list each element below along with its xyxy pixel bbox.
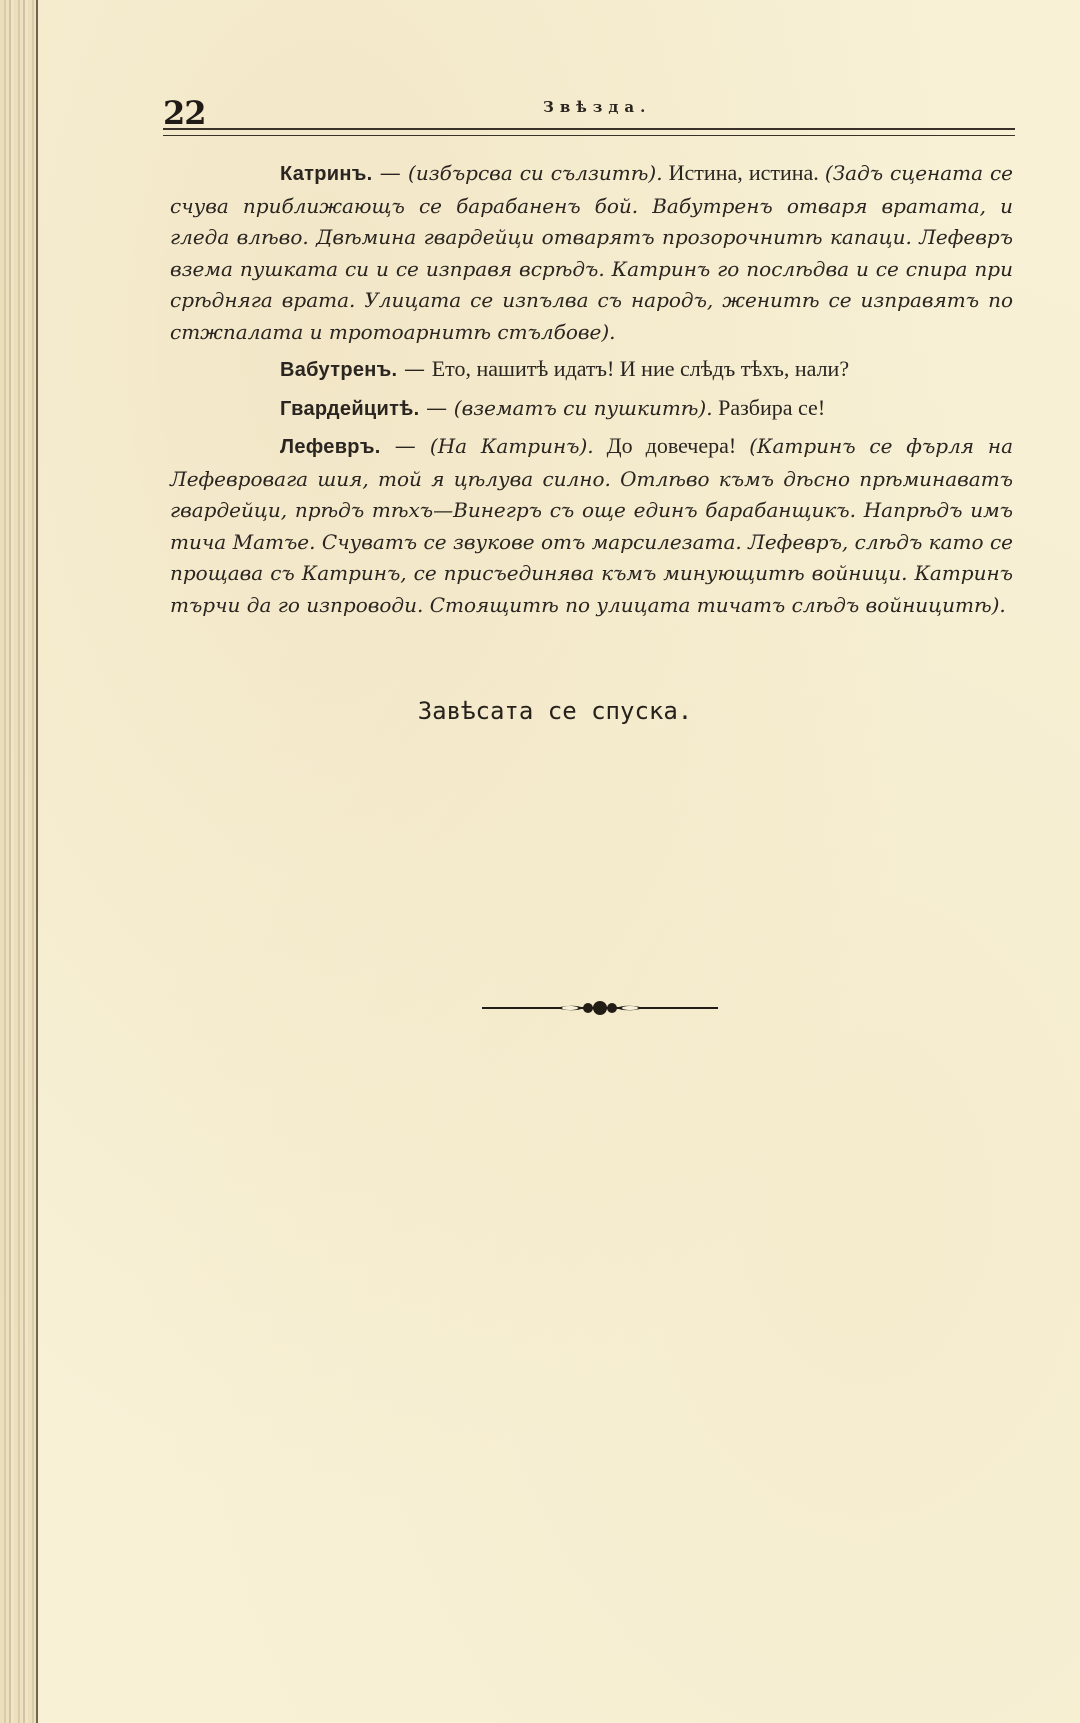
play-text: Катринъ. — (избърсва си сълзитѣ). Истина…: [170, 157, 1013, 621]
dialogue-line: До довечера!: [594, 433, 750, 458]
speaker-name: Лефевръ.: [280, 436, 381, 458]
paragraph-lefevre: Лефевръ. — (На Катринъ). До довечера! (К…: [170, 430, 1013, 621]
speaker-name: Вабутренъ.: [280, 359, 397, 381]
ornament-divider-icon: [480, 996, 720, 1020]
page-number: 22: [163, 94, 206, 132]
speaker-dash: —: [419, 396, 453, 420]
speaker-dash: —: [397, 357, 431, 381]
stage-direction: (избърсва си сълзитѣ).: [408, 161, 663, 185]
paragraph-katrin: Катринъ. — (избърсва си сълзитѣ). Истина…: [170, 157, 1013, 348]
dialogue-line: Разбира се!: [713, 395, 826, 420]
book-page-edges: [0, 0, 38, 1723]
stage-direction: (взематъ си пушкитѣ).: [454, 396, 713, 420]
dialogue-line: Ето, нашитѣ идатъ! И ние слѣдъ тѣхъ, нал…: [432, 356, 849, 381]
stage-direction: (Задъ сцената се счува приближающъ се ба…: [170, 161, 1013, 344]
dialogue-line: Истина, истина.: [663, 160, 825, 185]
journal-title: Звѣзда.: [543, 98, 651, 116]
curtain-falls-line: Завѣсата се спуска.: [0, 697, 1080, 725]
paragraph-vabutren: Вабутренъ. — Ето, нашитѣ идатъ! И ние сл…: [170, 353, 1013, 387]
speaker-name: Катринъ.: [280, 163, 373, 185]
speaker-dash: —: [373, 161, 409, 185]
header-double-rule: [163, 128, 1015, 136]
scanned-page: 22 Звѣзда. Катринъ. — (избърсва си сълзи…: [0, 0, 1080, 1723]
stage-direction: (Катринъ се фърля на Лефевровага шия, то…: [170, 434, 1013, 617]
speaker-dash: —: [381, 434, 430, 458]
paragraph-guards: Гвардейцитѣ. — (взематъ си пушкитѣ). Раз…: [170, 392, 1013, 426]
speaker-name: Гвардейцитѣ.: [280, 398, 419, 420]
stage-direction: (На Катринъ).: [430, 434, 594, 458]
